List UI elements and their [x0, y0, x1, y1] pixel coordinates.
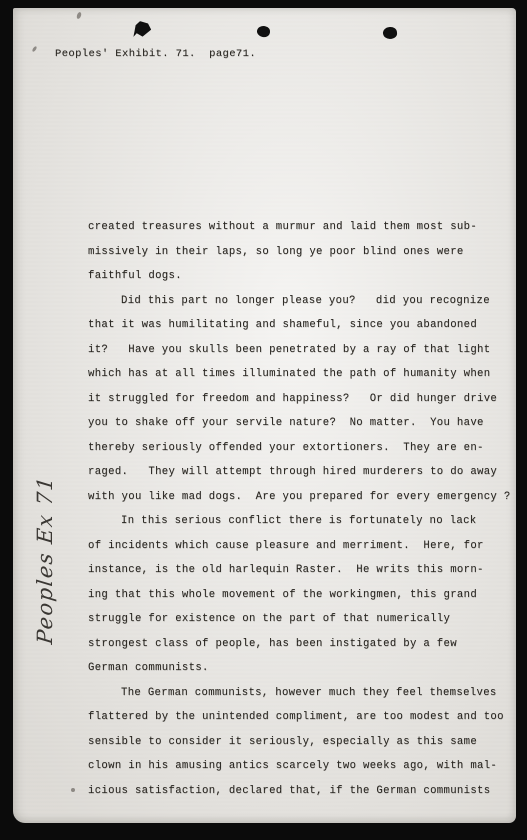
text-line: Did this part no longer please you? did …: [88, 289, 503, 314]
text-line: The German communists, however much they…: [88, 681, 503, 706]
text-line: it struggled for freedom and happiness? …: [88, 387, 503, 412]
text-line: strongest class of people, has been inst…: [88, 632, 503, 657]
exhibit-header: Peoples' Exhibit. 71. page71.: [55, 48, 256, 60]
text-line: ing that this whole movement of the work…: [88, 583, 503, 608]
scan-background: { "document": { "kind": "scanned typewri…: [0, 0, 527, 840]
text-line: German communists.: [88, 656, 503, 681]
text-line: faithful dogs.: [88, 264, 503, 289]
paper-speck: [32, 46, 38, 53]
text-line: which has at all times illuminated the p…: [88, 362, 503, 387]
text-line: you to shake off your servile nature? No…: [88, 411, 503, 436]
text-line: raged. They will attempt through hired m…: [88, 460, 503, 485]
paper-speck: [76, 12, 82, 20]
paper: Peoples' Exhibit. 71. page71. Peoples Ex…: [13, 8, 516, 823]
typewritten-body: created treasures without a murmur and l…: [88, 215, 503, 803]
text-line: instance, is the old harlequin Raster. H…: [88, 558, 503, 583]
text-line: thereby seriously offended your extortio…: [88, 436, 503, 461]
paper-speck: [71, 788, 75, 792]
text-line: struggle for existence on the part of th…: [88, 607, 503, 632]
handwritten-margin-note: Peoples Ex 71: [33, 464, 61, 657]
text-line: created treasures without a murmur and l…: [88, 215, 503, 240]
text-line: missively in their laps, so long ye poor…: [88, 240, 503, 265]
text-line: flattered by the unintended compliment, …: [88, 705, 503, 730]
ink-blot: [382, 26, 397, 39]
text-line: that it was humilitating and shameful, s…: [88, 313, 503, 338]
ink-blot: [131, 20, 152, 38]
text-line: it? Have you skulls been penetrated by a…: [88, 338, 503, 363]
text-line: sensible to consider it seriously, espec…: [88, 730, 503, 755]
text-line: clown in his amusing antics scarcely two…: [88, 754, 503, 779]
text-line: with you like mad dogs. Are you prepared…: [88, 485, 503, 510]
ink-blot: [256, 25, 271, 38]
text-line: In this serious conflict there is fortun…: [88, 509, 503, 534]
text-line: icious satisfaction, declared that, if t…: [88, 779, 503, 804]
text-line: of incidents which cause pleasure and me…: [88, 534, 503, 559]
